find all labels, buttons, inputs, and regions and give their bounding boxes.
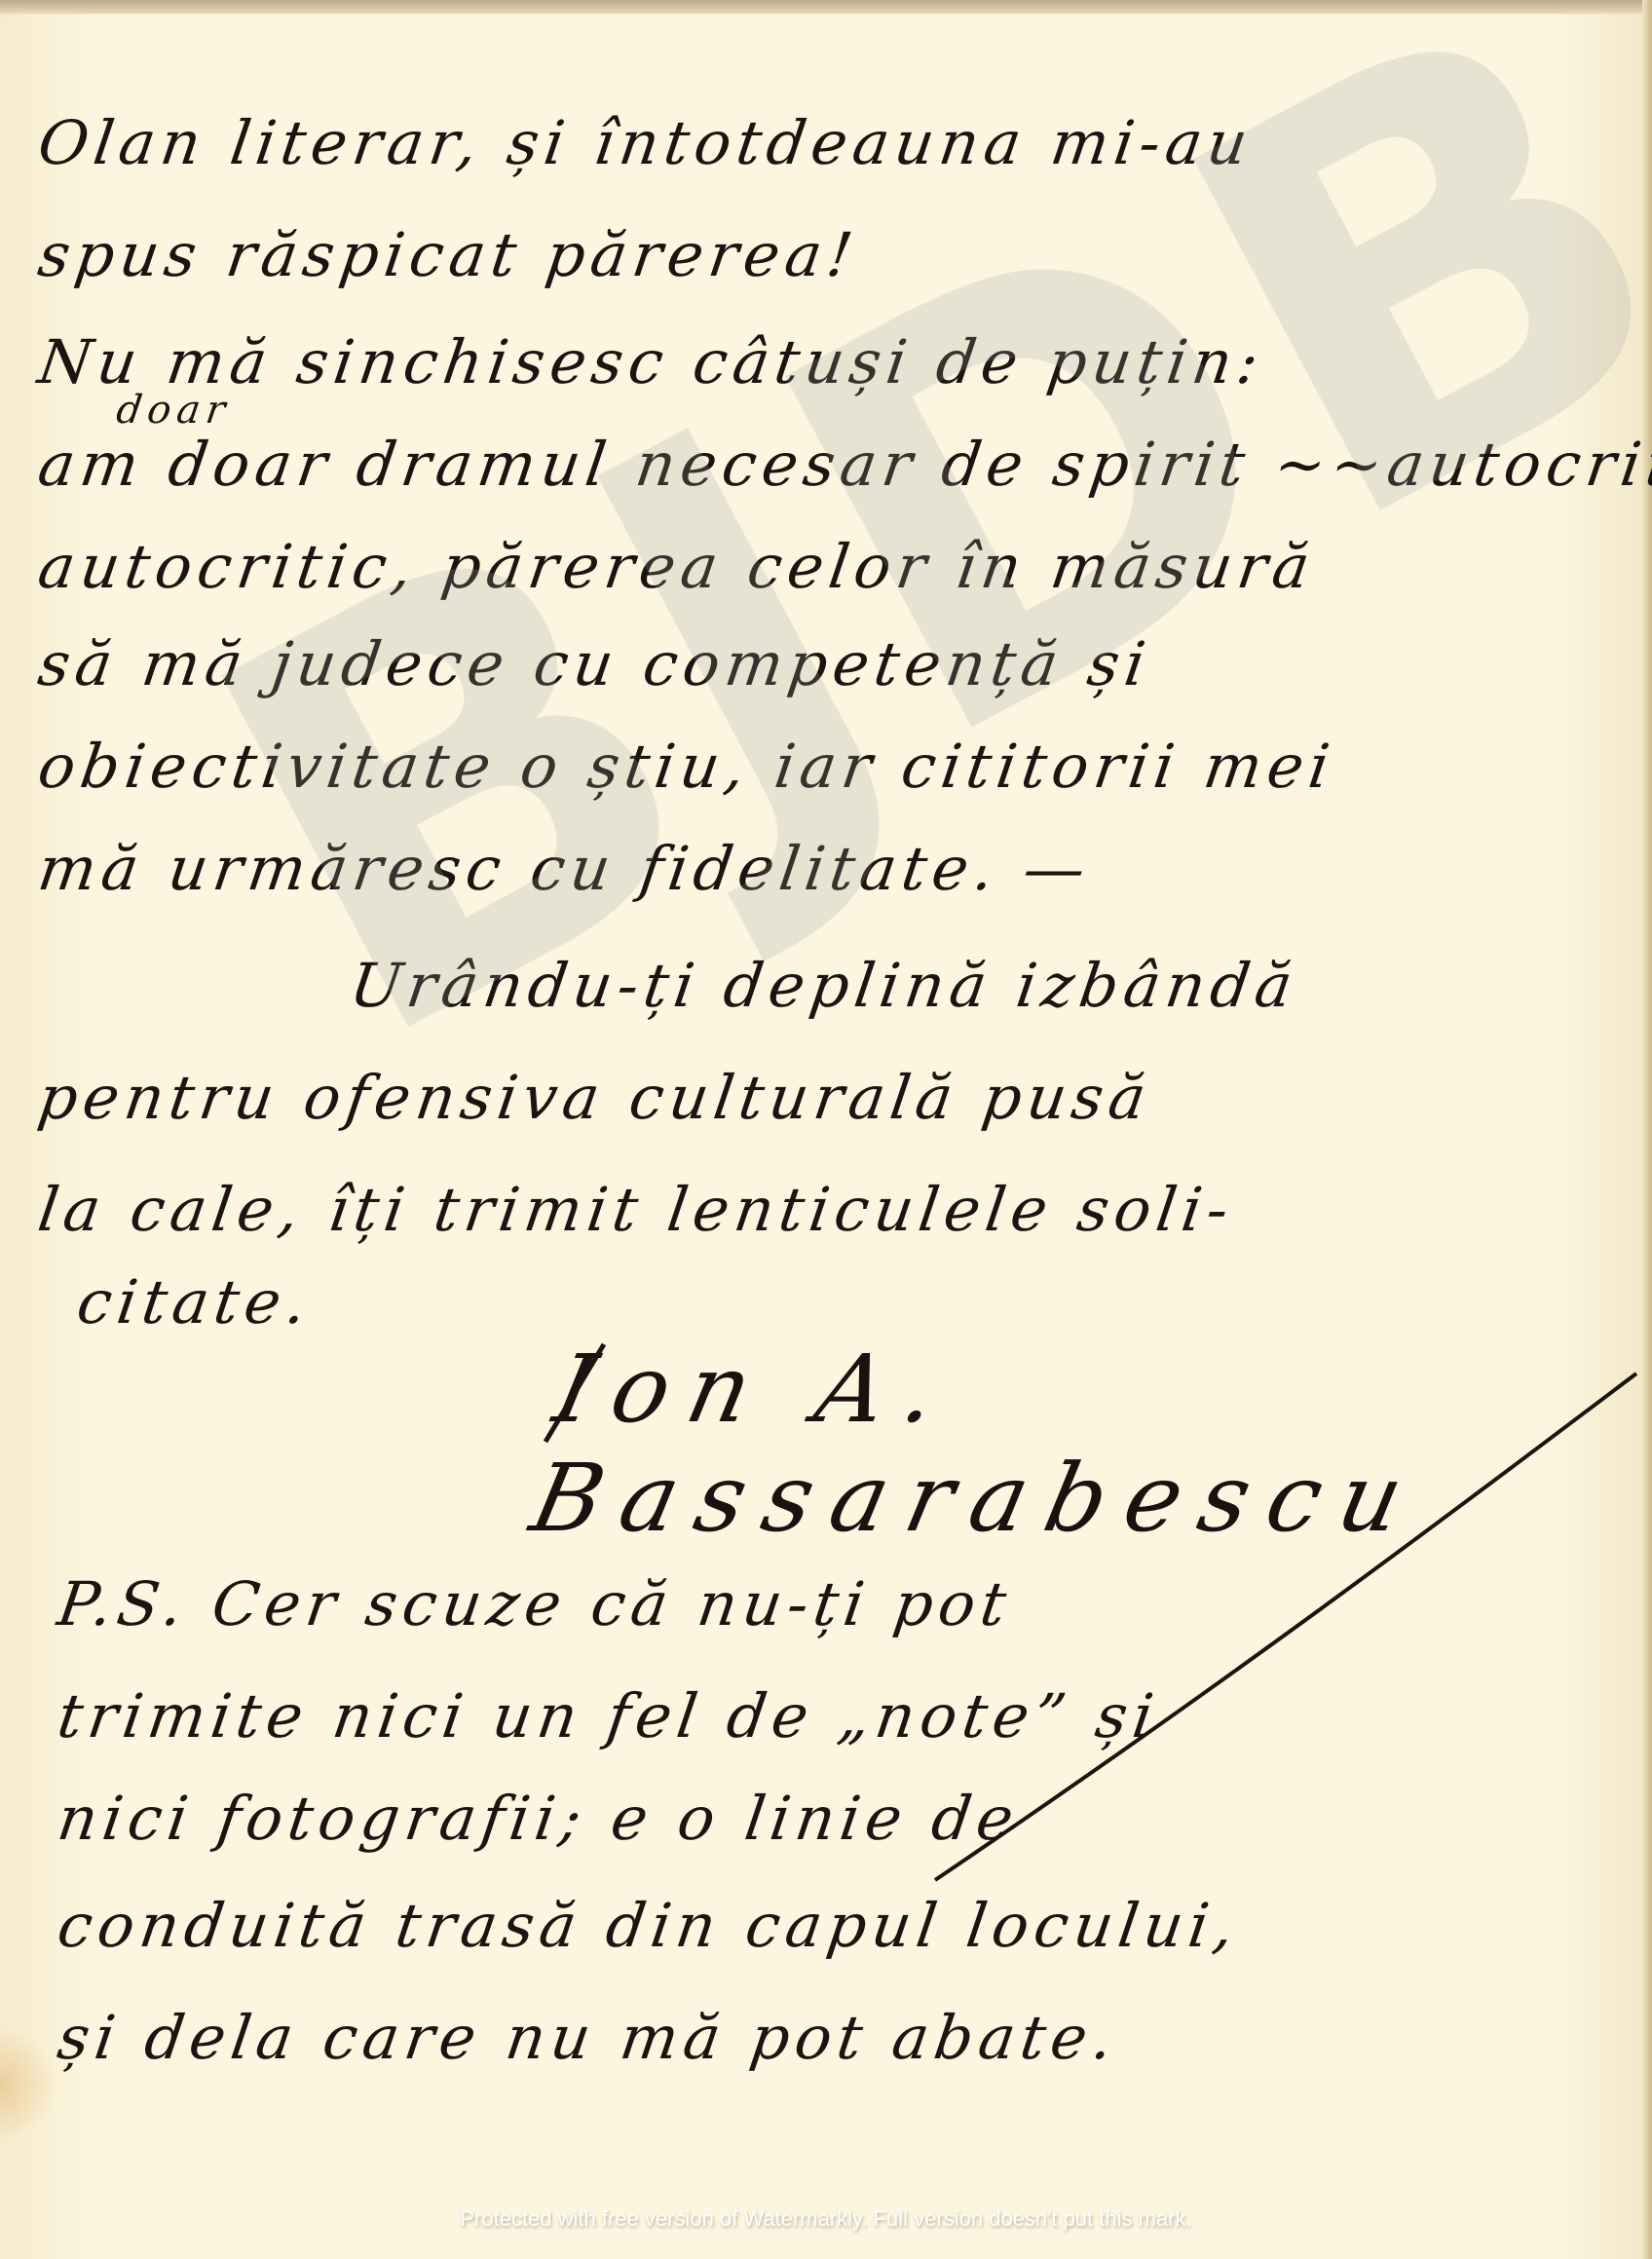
postscript-line: nici fotografii; e o linie de xyxy=(54,1783,1024,1854)
postscript-line: P.S. Cer scuze că nu-ți pot xyxy=(54,1568,1016,1639)
watermark-footer-notice: Protected with free version of Watermark… xyxy=(0,2206,1652,2232)
postscript-line: trimite nici un fel de „note” și xyxy=(54,1680,1163,1751)
postscript-line: și dela care nu mă pot abate. xyxy=(54,2002,1123,2073)
postscript-line: conduită trasă din capul locului, xyxy=(54,1890,1244,1961)
